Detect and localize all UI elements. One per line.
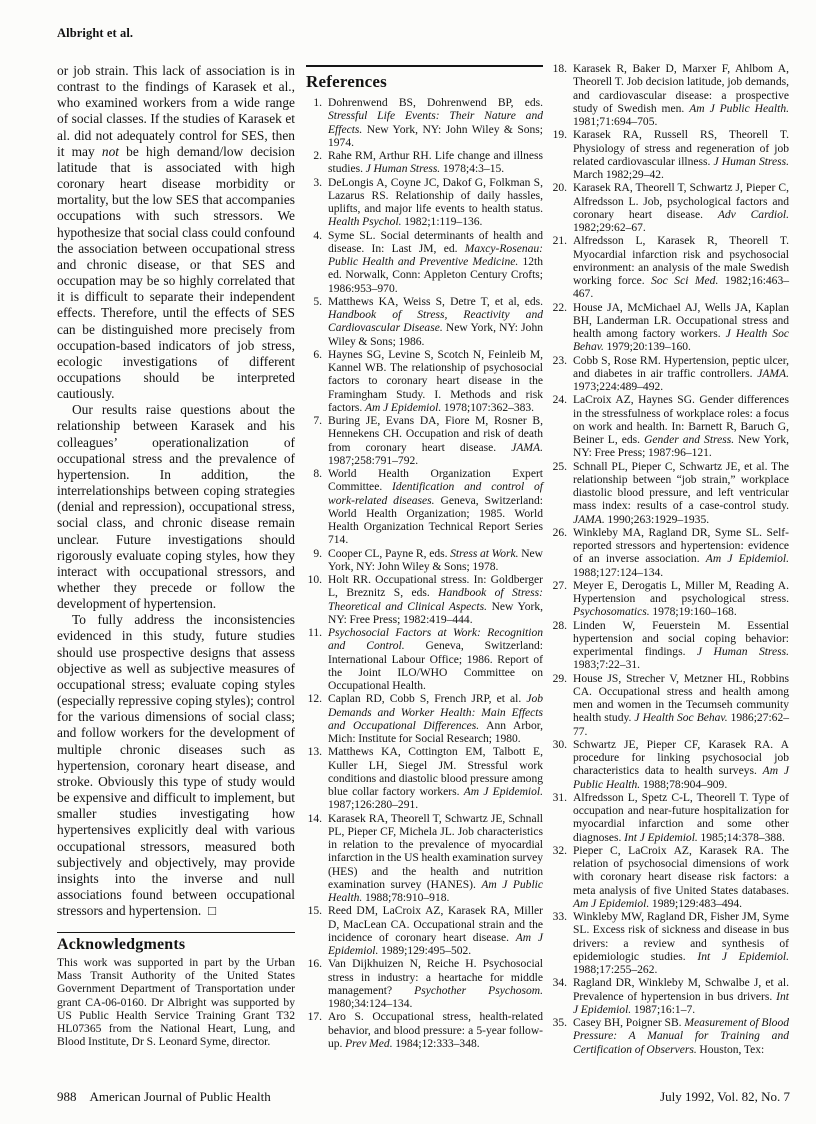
reference-text: Karasek RA, Russell RS, Theorell T. Phys… [573,129,789,181]
reference-number: 17. [306,1011,322,1024]
reference-text: Holt RR. Occupational stress. In: Goldbe… [328,574,543,626]
reference-item: 9.Cooper CL, Payne R, eds. Stress at Wor… [306,548,543,575]
reference-text: Schnall PL, Pieper C, Schwartz JE, et al… [573,461,789,526]
reference-text: Syme SL. Social determinants of health a… [328,230,543,295]
reference-number: 29. [551,673,567,686]
reference-item: 26.Winkleby MA, Ragland DR, Syme SL. Sel… [551,527,789,580]
reference-list: 18.Karasek R, Baker D, Marxer F, Ahlbom … [551,63,789,1057]
reference-text: Psychosocial Factors at Work: Recognitio… [328,627,543,692]
reference-text: Linden W, Feuerstein M. Essential hypert… [573,620,789,672]
reference-text: Caplan RD, Cobb S, French JRP, et al. Jo… [328,693,543,745]
reference-item: 21.Alfredsson L, Karasek R, Theorell T. … [551,235,789,301]
reference-item: 35.Casey BH, Poigner SB. Measurement of … [551,1017,789,1057]
column-middle: References 1.Dohrenwend BS, Dohrenwend B… [306,63,543,1051]
reference-item: 15.Reed DM, LaCroix AZ, Karasek RA, Mill… [306,905,543,958]
reference-number: 7. [306,415,322,428]
reference-item: 14.Karasek RA, Theorell T, Schwartz JE, … [306,813,543,906]
reference-item: 8.World Health Organization Expert Commi… [306,468,543,548]
reference-item: 13.Matthews KA, Cottington EM, Talbott E… [306,746,543,812]
reference-item: 29.House JS, Strecher V, Metzner HL, Rob… [551,673,789,739]
body-paragraph: Our results raise questions about the re… [57,402,295,612]
reference-number: 1. [306,97,322,110]
reference-item: 20.Karasek RA, Theorell T, Schwartz J, P… [551,182,789,235]
reference-text: Matthews KA, Cottington EM, Talbott E, K… [328,746,543,811]
reference-text: World Health Organization Expert Committ… [328,468,543,546]
reference-item: 27.Meyer E, Derogatis L, Miller M, Readi… [551,580,789,620]
reference-item: 7.Buring JE, Evans DA, Fiore M, Rosner B… [306,415,543,468]
reference-text: Van Dijkhuizen N, Reiche H. Psychosocial… [328,958,543,1010]
reference-text: DeLongis A, Coyne JC, Dakof G, Folkman S… [328,177,543,229]
reference-list: 1.Dohrenwend BS, Dohrenwend BP, eds. Str… [306,97,543,1051]
reference-number: 6. [306,349,322,362]
reference-item: 11.Psychosocial Factors at Work: Recogni… [306,627,543,693]
journal-page: Albright et al. or job strain. This lack… [0,0,816,1124]
reference-item: 10.Holt RR. Occupational stress. In: Gol… [306,574,543,627]
journal-name: American Journal of Public Health [90,1089,271,1104]
acknowledgments-section: Acknowledgments This work was supported … [57,932,295,1048]
reference-item: 16.Van Dijkhuizen N, Reiche H. Psychosoc… [306,958,543,1011]
reference-text: House JA, McMichael AJ, Wells JA, Kaplan… [573,302,789,354]
reference-number: 4. [306,230,322,243]
page-number: 988 [57,1089,77,1104]
reference-text: Matthews KA, Weiss S, Detre T, et al, ed… [328,296,543,348]
reference-item: 24.LaCroix AZ, Haynes SG. Gender differe… [551,394,789,460]
reference-text: Karasek RA, Theorell T, Schwartz JE, Sch… [328,813,543,905]
reference-item: 22.House JA, McMichael AJ, Wells JA, Kap… [551,302,789,355]
body-paragraph: or job strain. This lack of association … [57,63,295,402]
reference-number: 5. [306,296,322,309]
reference-item: 19.Karasek RA, Russell RS, Theorell T. P… [551,129,789,182]
column-right: 18.Karasek R, Baker D, Marxer F, Ahlbom … [551,63,789,1057]
reference-number: 10. [306,574,322,587]
reference-number: 2. [306,150,322,163]
reference-item: 25.Schnall PL, Pieper C, Schwartz JE, et… [551,461,789,527]
reference-number: 34. [551,977,567,990]
reference-text: House JS, Strecher V, Metzner HL, Robbin… [573,673,789,738]
reference-number: 35. [551,1017,567,1030]
reference-number: 20. [551,182,567,195]
reference-item: 30.Schwartz JE, Pieper CF, Karasek RA. A… [551,739,789,792]
reference-text: Reed DM, LaCroix AZ, Karasek RA, Miller … [328,905,543,957]
reference-text: Pieper C, LaCroix AZ, Karasek RA. The re… [573,845,789,910]
page-footer: 988American Journal of Public Health Jul… [57,1089,790,1105]
reference-item: 18.Karasek R, Baker D, Marxer F, Ahlbom … [551,63,789,129]
reference-item: 33.Winkleby MW, Ragland DR, Fisher JM, S… [551,911,789,977]
reference-item: 17.Aro S. Occupational stress, health-re… [306,1011,543,1051]
reference-number: 23. [551,355,567,368]
reference-text: Meyer E, Derogatis L, Miller M, Reading … [573,580,789,619]
reference-text: LaCroix AZ, Haynes SG. Gender difference… [573,394,789,459]
reference-number: 26. [551,527,567,540]
footer-left: 988American Journal of Public Health [57,1089,271,1105]
reference-item: 5.Matthews KA, Weiss S, Detre T, et al, … [306,296,543,349]
reference-item: 2.Rahe RM, Arthur RH. Life change and il… [306,150,543,177]
reference-number: 22. [551,302,567,315]
reference-number: 9. [306,548,322,561]
reference-number: 19. [551,129,567,142]
reference-number: 31. [551,792,567,805]
reference-text: Aro S. Occupational stress, health-relat… [328,1011,543,1050]
running-head: Albright et al. [57,26,133,41]
acknowledgments-heading: Acknowledgments [57,936,295,954]
reference-text: Dohrenwend BS, Dohrenwend BP, eds. Stres… [328,97,543,149]
reference-number: 11. [306,627,322,640]
reference-item: 23.Cobb S, Rose RM. Hypertension, peptic… [551,355,789,395]
reference-number: 24. [551,394,567,407]
reference-number: 21. [551,235,567,248]
reference-text: Karasek R, Baker D, Marxer F, Ahlbom A, … [573,63,789,128]
reference-number: 15. [306,905,322,918]
reference-number: 13. [306,746,322,759]
reference-number: 25. [551,461,567,474]
column-left: or job strain. This lack of association … [57,63,295,1048]
reference-text: Alfredsson L, Spetz C-L, Theorell T. Typ… [573,792,789,844]
reference-item: 12.Caplan RD, Cobb S, French JRP, et al.… [306,693,543,746]
reference-item: 31.Alfredsson L, Spetz C-L, Theorell T. … [551,792,789,845]
reference-item: 3.DeLongis A, Coyne JC, Dakof G, Folkman… [306,177,543,230]
reference-text: Buring JE, Evans DA, Fiore M, Rosner B, … [328,415,543,467]
reference-number: 28. [551,620,567,633]
reference-text: Cobb S, Rose RM. Hypertension, peptic ul… [573,355,789,394]
reference-item: 32.Pieper C, LaCroix AZ, Karasek RA. The… [551,845,789,911]
reference-number: 32. [551,845,567,858]
reference-text: Casey BH, Poigner SB. Measurement of Blo… [573,1017,789,1056]
reference-item: 34.Ragland DR, Winkleby M, Schwalbe J, e… [551,977,789,1017]
reference-text: Ragland DR, Winkleby M, Schwalbe J, et a… [573,977,789,1016]
reference-text: Alfredsson L, Karasek R, Theorell T. Myo… [573,235,789,300]
acknowledgments-text: This work was supported in part by the U… [57,956,295,1048]
reference-number: 14. [306,813,322,826]
reference-item: 6.Haynes SG, Levine S, Scotch N, Feinlei… [306,349,543,415]
references-heading: References [306,72,543,92]
reference-number: 33. [551,911,567,924]
reference-text: Karasek RA, Theorell T, Schwartz J, Piep… [573,182,789,234]
reference-item: 1.Dohrenwend BS, Dohrenwend BP, eds. Str… [306,97,543,150]
issue-info: July 1992, Vol. 82, No. 7 [660,1089,790,1105]
reference-text: Cooper CL, Payne R, eds. Stress at Work.… [328,548,543,573]
reference-text: Schwartz JE, Pieper CF, Karasek RA. A pr… [573,739,789,791]
reference-item: 4.Syme SL. Social determinants of health… [306,230,543,296]
section-rule [57,932,295,933]
reference-number: 12. [306,693,322,706]
reference-number: 18. [551,63,567,76]
reference-number: 30. [551,739,567,752]
discussion-paragraphs: or job strain. This lack of association … [57,63,295,919]
section-rule [306,65,543,67]
body-paragraph: To fully address the inconsistencies evi… [57,612,295,919]
reference-number: 27. [551,580,567,593]
reference-text: Haynes SG, Levine S, Scotch N, Feinleib … [328,349,543,414]
reference-number: 3. [306,177,322,190]
reference-item: 28.Linden W, Feuerstein M. Essential hyp… [551,620,789,673]
reference-text: Rahe RM, Arthur RH. Life change and illn… [328,150,543,175]
reference-number: 16. [306,958,322,971]
reference-number: 8. [306,468,322,481]
reference-text: Winkleby MW, Ragland DR, Fisher JM, Syme… [573,911,789,976]
reference-text: Winkleby MA, Ragland DR, Syme SL. Self-r… [573,527,789,579]
